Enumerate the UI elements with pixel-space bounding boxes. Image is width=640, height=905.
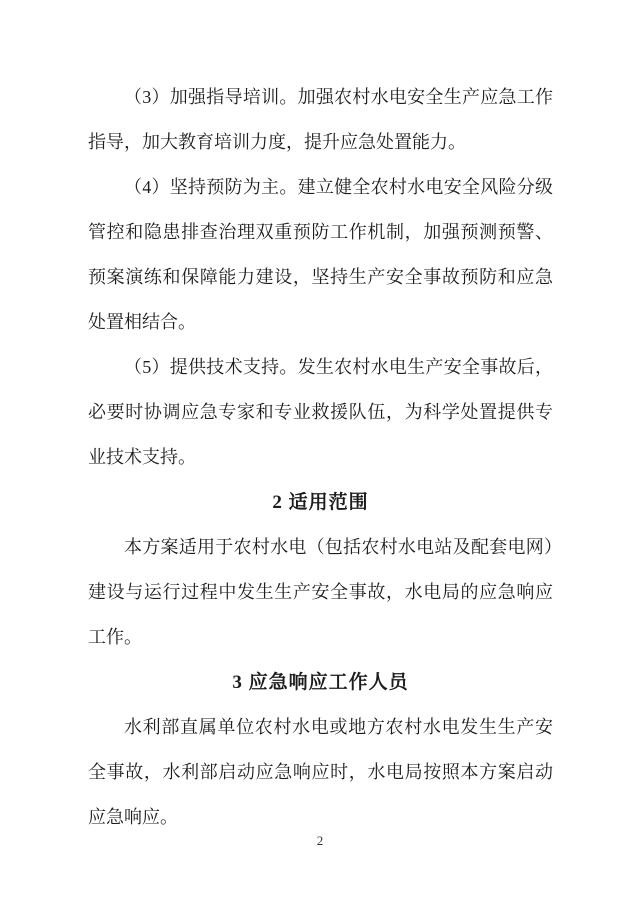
section-heading-2-scope: 2 适用范围 [88, 480, 553, 525]
page-number: 2 [0, 833, 640, 849]
paragraph-item-5-technical-support: （5）提供技术支持。发生农村水电生产安全事故后，必要时协调应急专家和专业救援队伍… [88, 345, 553, 480]
document-page: （3）加强指导培训。加强农村水电安全生产应急工作指导，加大教育培训力度，提升应急… [0, 0, 640, 905]
paragraph-scope: 本方案适用于农村水电（包括农村水电站及配套电网）建设与运行过程中发生生产安全事故… [88, 525, 553, 660]
paragraph-item-4-prevention: （4）坚持预防为主。建立健全农村水电安全风险分级管控和隐患排查治理双重预防工作机… [88, 165, 553, 345]
paragraph-personnel: 水利部直属单位农村水电或地方农村水电发生生产安全事故，水利部启动应急响应时，水电… [88, 705, 553, 840]
paragraph-item-3-training: （3）加强指导培训。加强农村水电安全生产应急工作指导，加大教育培训力度，提升应急… [88, 75, 553, 165]
document-body: （3）加强指导培训。加强农村水电安全生产应急工作指导，加大教育培训力度，提升应急… [88, 75, 553, 840]
section-heading-3-personnel: 3 应急响应工作人员 [88, 660, 553, 705]
